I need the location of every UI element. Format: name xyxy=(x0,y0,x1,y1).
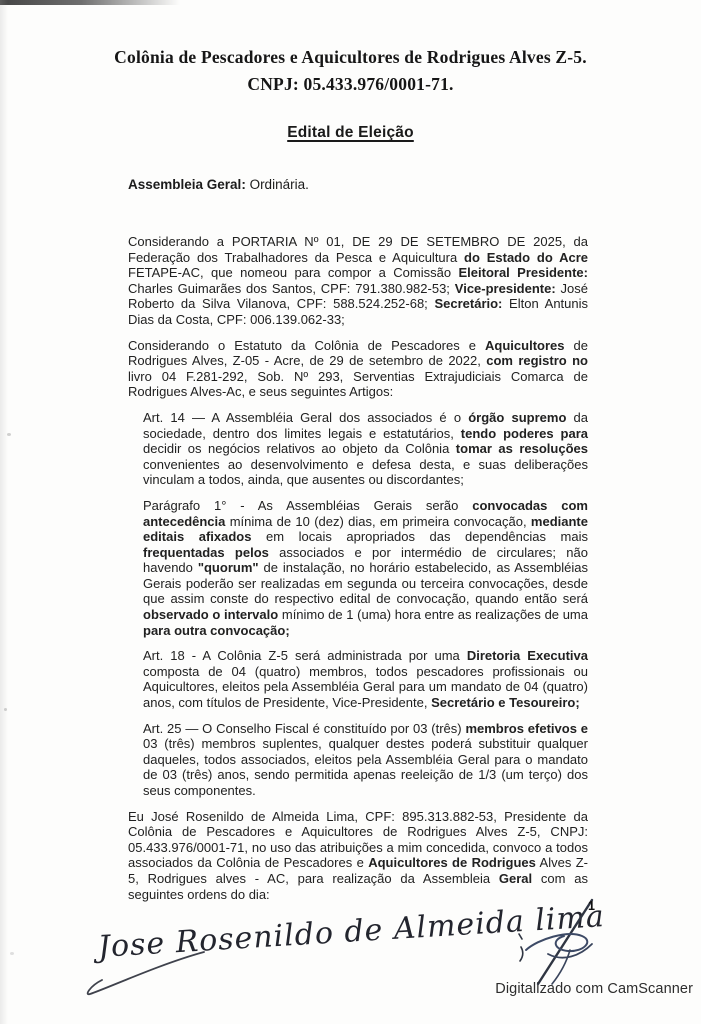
assembly-line: Assembleia Geral: Ordinária. xyxy=(128,176,588,193)
rubric-signature-scribble xyxy=(518,892,618,992)
camscanner-watermark: Digitalizado com CamScanner xyxy=(495,981,693,997)
scan-speck xyxy=(7,433,11,436)
scan-artifact-left-edge xyxy=(0,0,8,1024)
scanned-document-page: Colônia de Pescadores e Aquicultores de … xyxy=(0,0,701,1024)
page-number: 1 xyxy=(588,899,595,913)
scan-speck xyxy=(10,952,14,955)
paragraph-paragrafo-1: Parágrafo 1° - As Assembléias Gerais ser… xyxy=(143,498,588,638)
paragraph-artigo-14: Art. 14 — A Assembléia Geral dos associa… xyxy=(143,410,588,488)
scan-speck xyxy=(4,708,7,711)
assembly-label: Assembleia Geral: xyxy=(128,177,246,192)
paragraph-considerando-estatuto: Considerando o Estatuto da Colônia de Pe… xyxy=(128,338,588,400)
paragraph-convocacao: Eu José Rosenildo de Almeida Lima, CPF: … xyxy=(128,809,588,903)
paragraph-considerando-portaria: Considerando a PORTARIA Nº 01, DE 29 DE … xyxy=(128,234,588,328)
title-block: Colônia de Pescadores e Aquicultores de … xyxy=(0,0,701,143)
paragraph-artigo-25: Art. 25 — O Conselho Fiscal é constituíd… xyxy=(143,721,588,799)
assembly-value: Ordinária. xyxy=(246,177,309,192)
document-body: Assembleia Geral: Ordinária. Considerand… xyxy=(128,176,588,902)
organization-name: Colônia de Pescadores e Aquicultores de … xyxy=(0,44,701,71)
organization-cnpj: CNPJ: 05.433.976/0001-71. xyxy=(0,71,701,98)
document-title: Edital de Eleição xyxy=(287,123,414,143)
paragraph-artigo-18: Art. 18 - A Colônia Z-5 será administrad… xyxy=(143,648,588,710)
